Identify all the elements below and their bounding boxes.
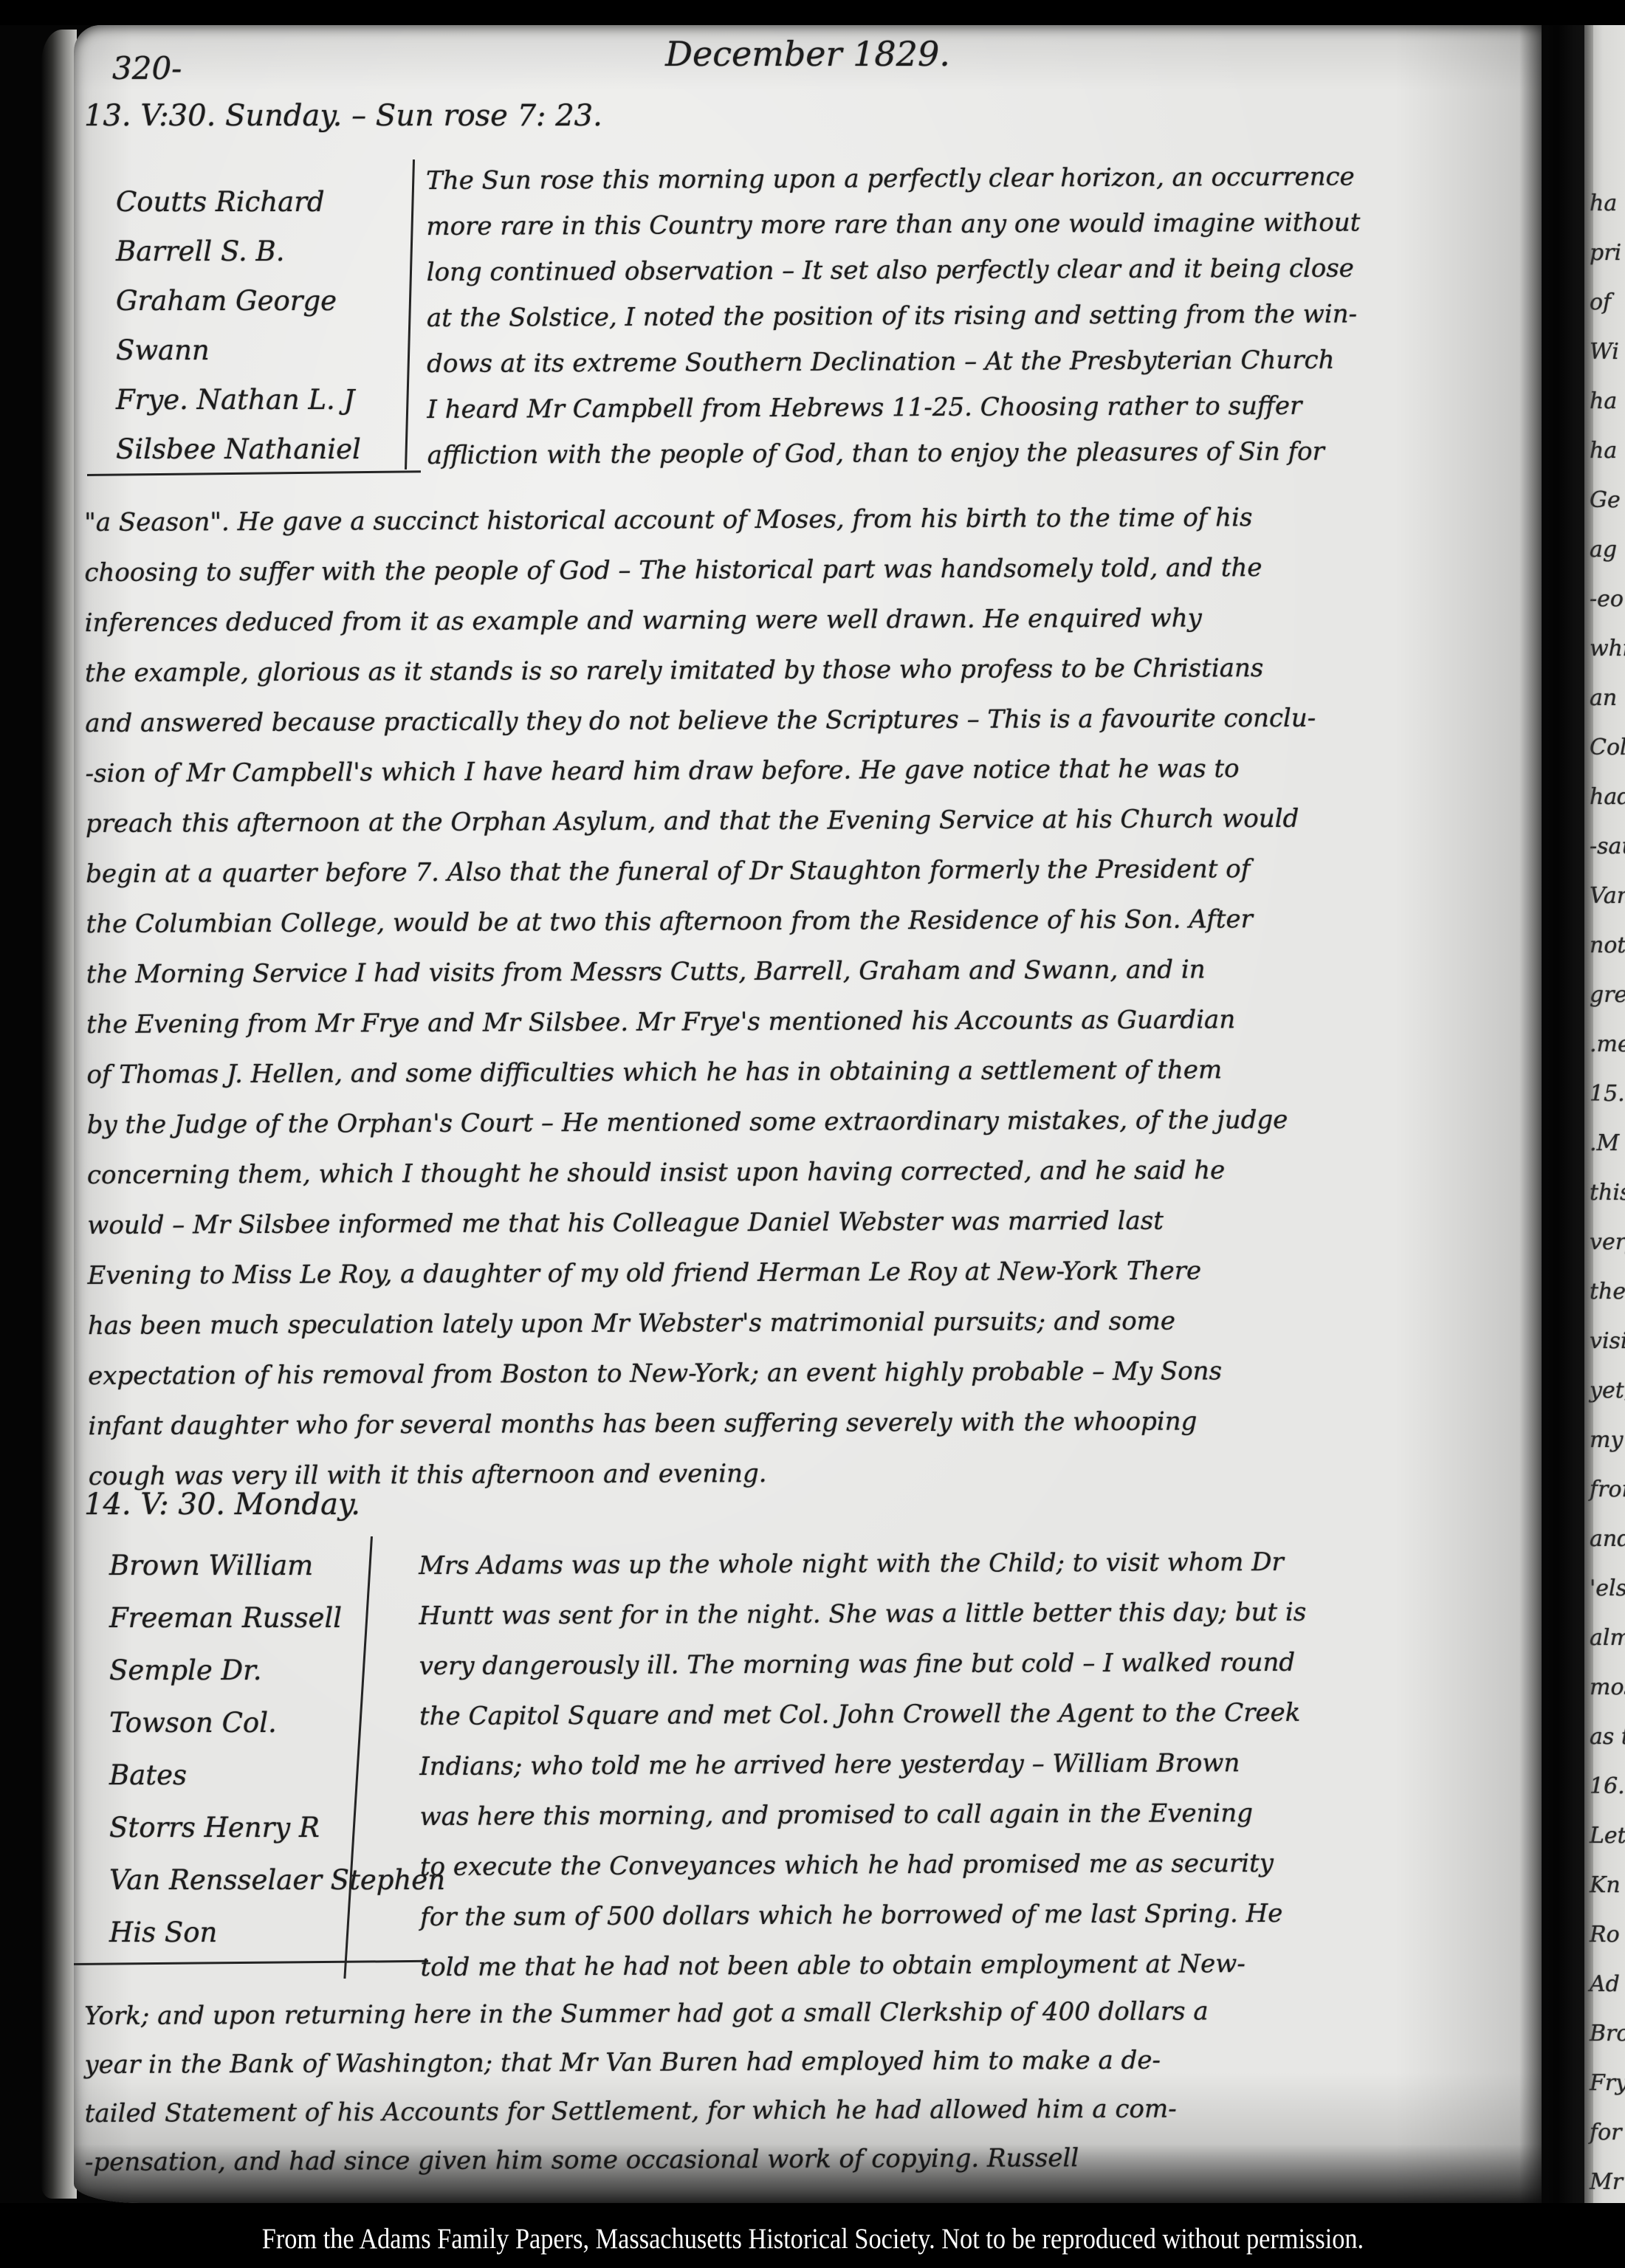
entry-2-visitor-names: Brown WilliamFreeman RussellSemple Dr.To… (109, 1539, 445, 1959)
diary-page: 320- December 1829. 13. V:30. Sunday. – … (74, 25, 1542, 2203)
text-fragment: mos (1590, 1663, 1625, 1712)
next-page-text-fragments: hapriofWihahaGeag-eowhianColhad-sauVanno… (1590, 179, 1625, 2205)
diary-line: of Thomas J. Hellen, and some difficulti… (86, 1043, 1542, 1100)
diary-line: York; and upon returning here in the Sum… (84, 1985, 1542, 2041)
scan-bottom-border: From the Adams Family Papers, Massachuse… (0, 2203, 1625, 2268)
text-fragment: Ge (1590, 475, 1625, 525)
diary-line: I heard Mr Campbell from Hebrews 11-25. … (427, 382, 1361, 433)
text-fragment: ha (1590, 377, 1625, 426)
visitor-name: Coutts Richard (116, 177, 361, 227)
text-fragment: and (1590, 1514, 1625, 1564)
names-divider-line (405, 159, 415, 470)
diary-line: infant daughter who for several months h… (88, 1395, 1542, 1451)
text-fragment: Van (1590, 871, 1625, 921)
manuscript-scan: 320- December 1829. 13. V:30. Sunday. – … (0, 0, 1625, 2268)
diary-line: begin at a quarter before 7. Also that t… (86, 842, 1542, 899)
entry-1-dateline: 13. V:30. Sunday. – Sun rose 7: 23. (84, 99, 602, 133)
visitor-name: Freeman Russell (109, 1592, 445, 1644)
visitor-name: Swann (116, 326, 361, 375)
diary-line: would – Mr Silsbee informed me that his … (87, 1194, 1542, 1251)
visitor-name: Brown William (109, 1539, 445, 1592)
text-fragment: ha (1590, 426, 1625, 475)
visitor-name: Barrell S. B. (116, 227, 361, 276)
text-fragment: for the (1590, 2108, 1625, 2157)
text-fragment: Wi (1590, 327, 1625, 377)
text-fragment: almo (1590, 1613, 1625, 1663)
text-fragment: Fry (1590, 2058, 1625, 2108)
entry-2-text-column: Mrs Adams was up the whole night with th… (419, 1537, 1308, 1993)
diary-line: the Morning Service I had visits from Me… (86, 943, 1542, 1000)
diary-line: "a Season". He gave a succinct historica… (84, 491, 1542, 548)
diary-line: the Evening from Mr Frye and Mr Silsbee.… (86, 993, 1542, 1050)
text-fragment: not (1590, 921, 1625, 970)
footer-credit: From the Adams Family Papers, Massachuse… (261, 2222, 1363, 2255)
diary-line: very dangerously ill. The morning was fi… (419, 1638, 1307, 1691)
diary-line: for the sum of 500 dollars which he borr… (420, 1889, 1308, 1942)
diary-line: and answered because practically they do… (85, 692, 1542, 749)
diary-line: year in the Bank of Washington; that Mr … (84, 2034, 1542, 2089)
text-fragment: the (1590, 1267, 1625, 1316)
diary-line: told me that he had not been able to obt… (420, 1939, 1308, 1993)
text-fragment: from (1590, 1465, 1625, 1514)
text-fragment: -eo (1590, 574, 1625, 624)
page-bottom-shadow (74, 2144, 1542, 2203)
diary-line: concerning them, which I thought he shou… (87, 1144, 1542, 1200)
visitor-name: Van Rensselaer Stephen (109, 1854, 445, 1906)
scan-top-border (0, 0, 1625, 25)
diary-line: has been much speculation lately upon Mr… (88, 1294, 1542, 1351)
entry-2-dateline: 14. V: 30. Monday. (84, 1488, 360, 1522)
text-fragment: had (1590, 772, 1625, 822)
text-fragment: Ro (1590, 1910, 1625, 1959)
text-fragment: ha (1590, 179, 1625, 228)
diary-line: more rare in this Country more rare than… (426, 199, 1360, 250)
diary-line: dows at its extreme Southern Declination… (427, 337, 1361, 387)
diary-line: long continued observation – It set also… (427, 245, 1361, 295)
visitor-name: Towson Col. (109, 1697, 445, 1749)
text-fragment: .me (1590, 1020, 1625, 1069)
diary-line: by the Judge of the Orphan's Court – He … (87, 1093, 1542, 1150)
names-underline (74, 1960, 428, 1965)
visitor-name: Graham George (116, 276, 361, 326)
diary-line: was here this morning, and promised to c… (419, 1788, 1307, 1842)
entry-1-continuation: "a Season". He gave a succinct historica… (84, 491, 1542, 1502)
text-fragment: grea (1590, 970, 1625, 1020)
diary-line: the example, glorious as it stands is so… (85, 642, 1542, 698)
diary-line: Mrs Adams was up the whole night with th… (419, 1537, 1306, 1591)
text-fragment: Let (1590, 1811, 1625, 1860)
diary-line: preach this afternoon at the Orphan Asyl… (86, 792, 1542, 849)
diary-line: The Sun rose this morning upon a perfect… (426, 154, 1360, 204)
text-fragment: pri (1590, 228, 1625, 278)
diary-line: Indians; who told me he arrived here yes… (419, 1738, 1307, 1792)
text-fragment: an (1590, 673, 1625, 723)
diary-line: expectation of his removal from Boston t… (88, 1344, 1542, 1401)
text-fragment: 16. V (1590, 1762, 1625, 1811)
text-fragment: Ad (1590, 1959, 1625, 2009)
diary-line: the Columbian College, would be at two t… (86, 893, 1542, 949)
text-fragment: .M (1590, 1118, 1625, 1168)
visitor-name: Bates (109, 1749, 445, 1801)
text-fragment: very (1590, 1217, 1625, 1267)
text-fragment: -sau (1590, 822, 1625, 871)
visitor-name: Silsbee Nathaniel (116, 425, 361, 474)
diary-line: tailed Statement of his Accounts for Set… (85, 2083, 1542, 2138)
diary-line: the Capitol Square and met Col. John Cro… (419, 1688, 1307, 1742)
header-date: December 1829. (74, 34, 1542, 74)
text-fragment: Col (1590, 723, 1625, 772)
entry-1: Coutts RichardBarrell S. B.Graham George… (83, 155, 1533, 495)
visitor-name: Semple Dr. (109, 1644, 445, 1697)
diary-line: at the Solstice, I noted the position of… (427, 291, 1361, 341)
text-fragment: visit (1590, 1316, 1625, 1366)
text-fragment: my (1590, 1415, 1625, 1465)
book-spine-edge (41, 30, 77, 2199)
text-fragment: ag (1590, 525, 1625, 574)
diary-line: Evening to Miss Le Roy, a daughter of my… (87, 1244, 1542, 1301)
text-fragment: Mr L (1590, 2157, 1625, 2205)
text-fragment: of (1590, 278, 1625, 327)
text-fragment: whi (1590, 624, 1625, 673)
diary-line: choosing to suffer with the people of Go… (84, 541, 1542, 598)
text-fragment: Bro (1590, 2009, 1625, 2058)
text-fragment: as th (1590, 1712, 1625, 1762)
entry-2: Brown WilliamFreeman RussellSemple Dr.To… (83, 1535, 1533, 2007)
visitor-name: His Son (109, 1906, 445, 1959)
text-fragment: 15. (1590, 1069, 1625, 1118)
diary-line: -sion of Mr Campbell's which I have hear… (85, 742, 1542, 799)
diary-line: inferences deduced from it as example an… (85, 591, 1542, 648)
diary-line: to execute the Conveyances which he had … (420, 1838, 1308, 1892)
diary-line: affliction with the people of God, than … (427, 428, 1361, 478)
text-fragment: yet, (1590, 1366, 1625, 1415)
text-fragment: this (1590, 1168, 1625, 1217)
visitor-name: Frye. Nathan L. J (116, 375, 361, 425)
text-fragment: Kn (1590, 1860, 1625, 1910)
text-fragment: 'else (1590, 1564, 1625, 1613)
diary-line: Huntt was sent for in the night. She was… (419, 1587, 1306, 1641)
entry-1-text-column: The Sun rose this morning upon a perfect… (426, 154, 1361, 478)
book-gutter-shadow (1519, 0, 1593, 2268)
visitor-name: Storrs Henry R (109, 1801, 445, 1854)
entry-1-visitor-names: Coutts RichardBarrell S. B.Graham George… (116, 177, 361, 474)
